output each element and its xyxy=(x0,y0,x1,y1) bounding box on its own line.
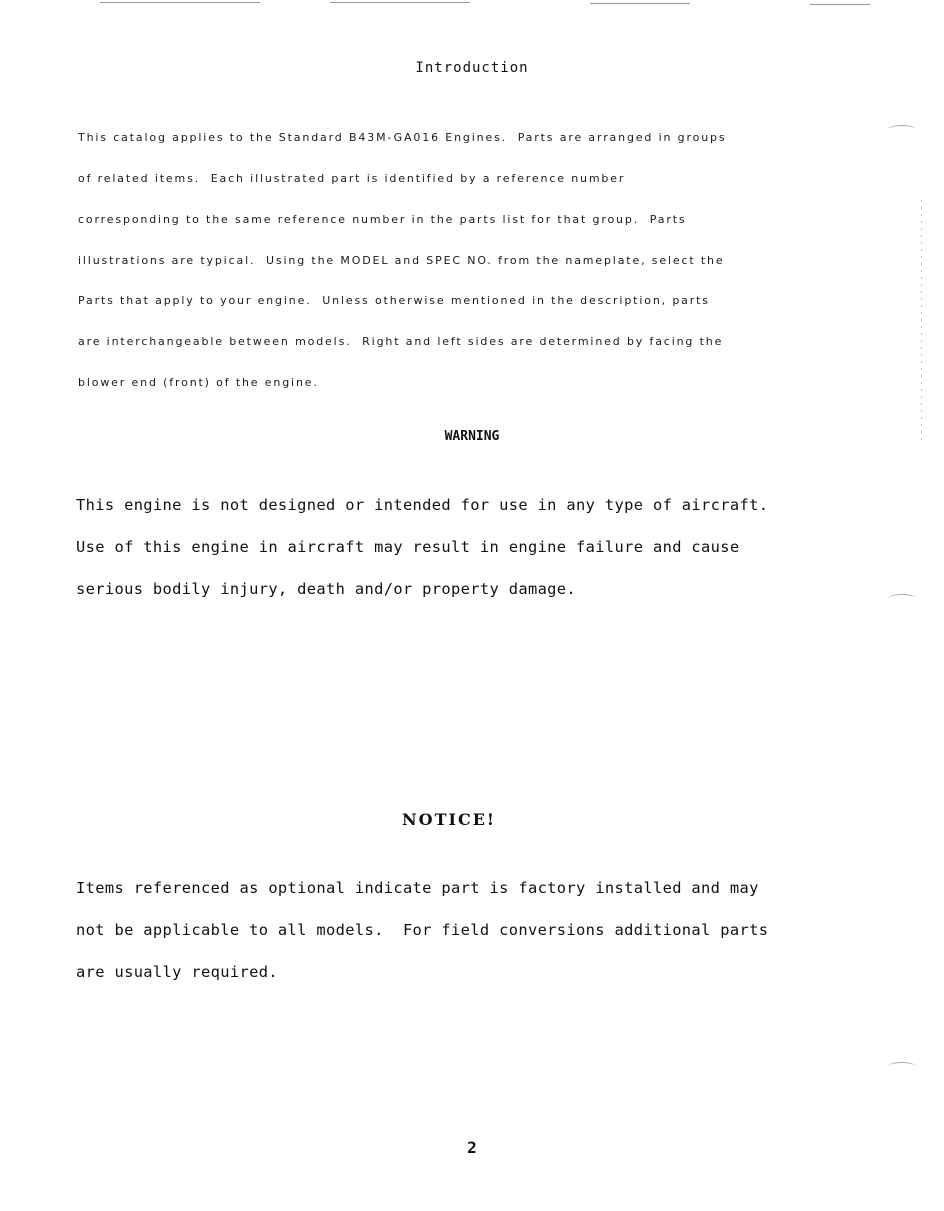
introduction-heading: Introduction xyxy=(0,60,944,76)
introduction-line: blower end (front) of the engine. xyxy=(78,376,888,390)
notice-body: Items referenced as optional indicate pa… xyxy=(76,853,896,1007)
notice-line: are usually required. xyxy=(76,965,896,979)
warning-line: serious bodily injury, death and/or prop… xyxy=(76,582,896,596)
warning-line: This engine is not designed or intended … xyxy=(76,498,896,512)
scan-artifact xyxy=(888,1062,916,1071)
scan-artifact xyxy=(100,2,260,3)
scan-artifact xyxy=(330,2,470,3)
notice-line: not be applicable to all models. For fie… xyxy=(76,923,896,937)
scan-artifact xyxy=(888,125,916,134)
scan-edge-artifact xyxy=(921,200,922,440)
introduction-line: are interchangeable between models. Righ… xyxy=(78,335,888,349)
warning-heading: WARNING xyxy=(0,429,944,444)
introduction-body: This catalog applies to the Standard B43… xyxy=(78,104,888,417)
page-number: 2 xyxy=(0,1138,944,1157)
notice-heading: NOTICE! xyxy=(0,810,898,829)
notice-line: Items referenced as optional indicate pa… xyxy=(76,881,896,895)
introduction-line: corresponding to the same reference numb… xyxy=(78,213,888,227)
document-page: Introduction This catalog applies to the… xyxy=(0,0,944,1211)
warning-line: Use of this engine in aircraft may resul… xyxy=(76,540,896,554)
scan-artifact xyxy=(810,4,870,5)
warning-body: This engine is not designed or intended … xyxy=(76,470,896,624)
introduction-line: of related items. Each illustrated part … xyxy=(78,172,888,186)
introduction-line: illustrations are typical. Using the MOD… xyxy=(78,254,888,268)
scan-artifact xyxy=(590,3,690,4)
introduction-line: This catalog applies to the Standard B43… xyxy=(78,131,888,145)
introduction-line: Parts that apply to your engine. Unless … xyxy=(78,294,888,308)
